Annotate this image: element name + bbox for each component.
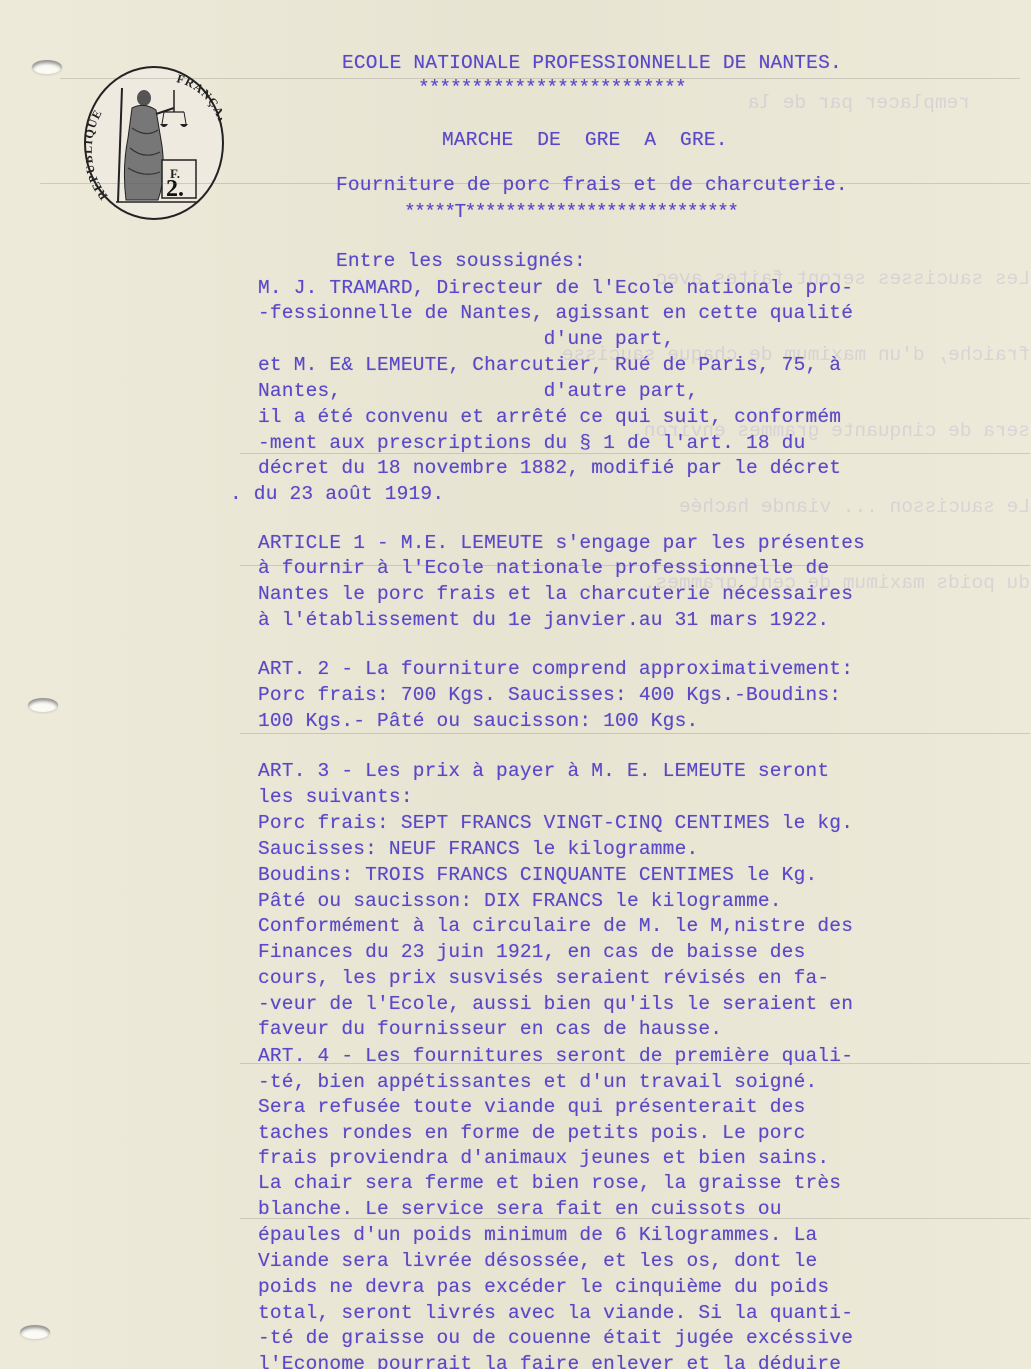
svg-text:REPUBLIQUE: REPUBLIQUE bbox=[86, 107, 110, 203]
punch-hole-top bbox=[32, 60, 62, 74]
body-line: La chair sera ferme et bien rose, la gra… bbox=[258, 1172, 841, 1194]
body-line: faveur du fournisseur en cas de hausse. bbox=[258, 1018, 722, 1040]
body-line: -veur de l'Ecole, aussi bien qu'ils le s… bbox=[258, 993, 853, 1015]
body-line: décret du 18 novembre 1882, modifié par … bbox=[258, 457, 841, 479]
body-line: Porc frais: SEPT FRANCS VINGT-CINQ CENTI… bbox=[258, 812, 853, 834]
body-line: total, seront livrés avec la viande. Si … bbox=[258, 1302, 853, 1324]
body-line: Conformément à la circulaire de M. le M,… bbox=[258, 915, 853, 937]
body-line: taches rondes en forme de petits pois. L… bbox=[258, 1122, 806, 1144]
body-line: d'une part, bbox=[258, 328, 675, 350]
body-line: Boudins: TROIS FRANCS CINQUANTE CENTIMES… bbox=[258, 864, 817, 886]
body-line: les suivants: bbox=[258, 786, 413, 808]
body-line: et M. E& LEMEUTE, Charcutier, Rué de Par… bbox=[258, 354, 841, 376]
svg-text:FRANÇAISE: FRANÇAISE bbox=[175, 71, 222, 139]
body-line: -ment aux prescriptions du § 1 de l'art.… bbox=[258, 432, 806, 454]
body-line: poids ne devra pas excéder le cinquième … bbox=[258, 1276, 829, 1298]
body-line: ART. 2 - La fourniture comprend approxim… bbox=[258, 658, 853, 680]
body-line: ART. 4 - Les fournitures seront de premi… bbox=[258, 1045, 853, 1067]
punch-hole-middle bbox=[28, 698, 58, 712]
body-line: Porc frais: 700 Kgs. Saucisses: 400 Kgs.… bbox=[258, 684, 841, 706]
stamp-value-number: 2. bbox=[166, 176, 184, 203]
body-line: . du 23 août 1919. bbox=[230, 483, 444, 505]
body-line: -fessionnelle de Nantes, agissant en cet… bbox=[258, 302, 853, 324]
rule bbox=[240, 733, 1030, 734]
body-line: M. J. TRAMARD, Directeur de l'Ecole nati… bbox=[258, 277, 853, 299]
body-line: l'Econome pourrait la faire enlever et l… bbox=[258, 1353, 841, 1369]
body-line: à l'établissement du 1e janvier.au 31 ma… bbox=[258, 609, 829, 631]
contract-type: MARCHE DE GRE A GRE. bbox=[442, 129, 728, 151]
body-line: épaules d'un poids minimum de 6 Kilogram… bbox=[258, 1224, 817, 1246]
body-line: Entre les soussignés: bbox=[336, 250, 586, 272]
body-line: ARTICLE 1 - M.E. LEMEUTE s'engage par le… bbox=[258, 532, 865, 554]
body-line: Nantes, d'autre part, bbox=[258, 380, 698, 402]
body-line: 100 Kgs.- Pâté ou saucisson: 100 Kgs. bbox=[258, 710, 698, 732]
body-line: à fournir à l'Ecole nationale profession… bbox=[258, 557, 829, 579]
body-line: -té, bien appétissantes et d'un travail … bbox=[258, 1071, 817, 1093]
body-line: Finances du 23 juin 1921, en cas de bais… bbox=[258, 941, 806, 963]
marianne-justice-seal-icon: REPUBLIQUE FRANÇAISE bbox=[86, 68, 222, 218]
body-line: cours, les prix susvisés seraient révisé… bbox=[258, 967, 829, 989]
fiscal-stamp: REPUBLIQUE FRANÇAISE F. 2. bbox=[84, 66, 224, 220]
separator: ************************* bbox=[418, 77, 686, 99]
body-line: Sera refusée toute viande qui présentera… bbox=[258, 1096, 806, 1118]
contract-subject: Fourniture de porc frais et de charcuter… bbox=[336, 174, 848, 196]
school-title: ECOLE NATIONALE PROFESSIONNELLE DE NANTE… bbox=[342, 52, 842, 74]
body-line: ART. 3 - Les prix à payer à M. E. LEMEUT… bbox=[258, 760, 829, 782]
body-line: frais proviendra d'animaux jeunes et bie… bbox=[258, 1147, 829, 1169]
body-line: Pâté ou saucisson: DIX FRANCS le kilogra… bbox=[258, 890, 782, 912]
body-line: Viande sera livrée désossée, et les os, … bbox=[258, 1250, 817, 1272]
body-line: il a été convenu et arrêté ce qui suit, … bbox=[258, 406, 841, 428]
body-line: Nantes le porc frais et la charcuterie n… bbox=[258, 583, 853, 605]
separator: *****T*************************** bbox=[404, 201, 737, 223]
body-line: -té de graisse ou de couenne était jugée… bbox=[258, 1327, 853, 1349]
body-line: blanche. Le service sera fait en cuissot… bbox=[258, 1198, 782, 1220]
punch-hole-bottom bbox=[20, 1325, 50, 1339]
body-line: Saucisses: NEUF FRANCS le kilogramme. bbox=[258, 838, 698, 860]
